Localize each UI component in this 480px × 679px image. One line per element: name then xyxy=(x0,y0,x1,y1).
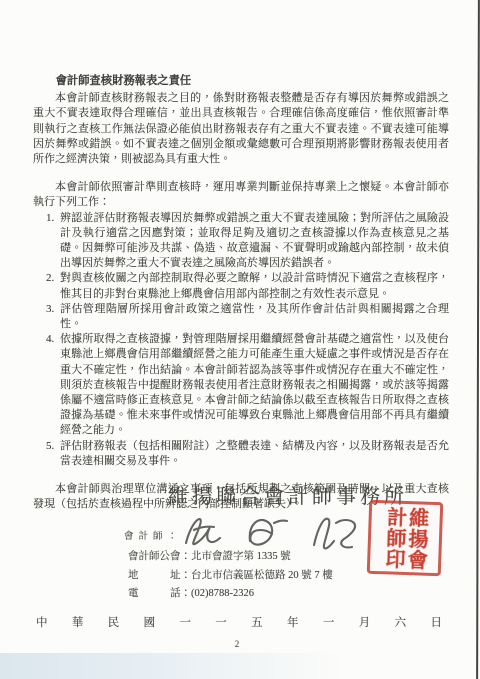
date-char: 月 xyxy=(359,614,371,630)
accountant-label: 會計師： xyxy=(124,528,182,542)
contact-value: (02)8788-2326 xyxy=(191,588,254,599)
seal-text-column: 計師印 xyxy=(383,506,405,570)
seal-text-column: 維揚會 xyxy=(405,507,427,571)
contact-block: 會計師公會：北市會證字第 1335 號 地 址：台北市信義區松德路 20 號 7… xyxy=(128,548,333,604)
scan-artifact-right-edge xyxy=(476,0,480,679)
work-item-text: 辨認並評估財務報表導因於舞弊或錯誤之重大不實表達風險；對所評估之風險設計及執行適… xyxy=(60,212,449,270)
date-char: 華 xyxy=(72,614,84,630)
work-item-number: 4. xyxy=(46,332,54,347)
report-body: 會計師查核財務報表之責任 本會計師查核財務報表之目的，係對財務報表整體是否存有導… xyxy=(33,74,449,512)
work-item-text: 依據所取得之查核證據，對管理階層採用繼續經營會計基礎之適當性，以及使台東縣池上鄉… xyxy=(60,333,449,436)
date-char: 一 xyxy=(179,614,191,630)
contact-label: 地 址： xyxy=(128,570,191,581)
work-item-1: 1. 辨認並評估財務報表導因於舞弊或錯誤之重大不實表達風險；對所評估之風險設計及… xyxy=(33,211,449,272)
contact-value: 北市會證字第 1335 號 xyxy=(191,551,291,562)
contact-value: 台北市信義區松德路 20 號 7 樓 xyxy=(191,570,333,581)
section-heading: 會計師查核財務報表之責任 xyxy=(33,74,449,89)
page-number: 2 xyxy=(0,639,474,649)
date-char: 五 xyxy=(251,614,263,630)
date-char: 國 xyxy=(144,614,156,630)
contact-association: 會計師公會：北市會證字第 1335 號 xyxy=(128,548,333,567)
work-item-text: 評估財務報表（包括相關附註）之整體表達、結構及內容，以及財務報表是否允當表達相關… xyxy=(60,440,449,467)
date-char: 一 xyxy=(323,614,335,630)
contact-label: 會計師公會： xyxy=(128,551,191,562)
work-item-number: 1. xyxy=(46,211,54,226)
work-item-number: 5. xyxy=(46,439,54,454)
date-char: 中 xyxy=(36,614,48,630)
work-items-list: 1. 辨認並評估財務報表導因於舞弊或錯誤之重大不實表達風險；對所評估之風險設計及… xyxy=(33,211,449,469)
contact-label: 電 話： xyxy=(128,588,191,599)
work-item-text: 評估管理階層所採用會計政策之適當性，及其所作會計估計與相關揭露之合理性。 xyxy=(60,303,449,330)
date-char: 六 xyxy=(395,614,407,630)
contact-phone: 電 話：(02)8788-2326 xyxy=(128,585,333,604)
work-item-5: 5. 評估財務報表（包括相關附註）之整體表達、結構及內容，以及財務報表是否允當表… xyxy=(33,439,449,469)
date-char: 日 xyxy=(430,614,442,630)
scanned-audit-report-page: 會計師查核財務報表之責任 本會計師查核財務報表之目的，係對財務報表整體是否存有導… xyxy=(0,0,480,679)
date-char: 一 xyxy=(215,614,227,630)
paragraph-professional-judgment: 本會計師依照審計準則查核時，運用專業判斷並保持專業上之懷疑。本會計師亦執行下列工… xyxy=(33,180,449,210)
date-char: 年 xyxy=(287,614,299,630)
work-item-2: 2. 對與查核攸關之內部控制取得必要之瞭解，以設計當時情況下適當之查核程序，惟其… xyxy=(33,271,449,301)
date-char: 民 xyxy=(108,614,120,630)
work-item-number: 2. xyxy=(46,271,54,286)
work-item-text: 對與查核攸關之內部控制取得必要之瞭解，以設計當時情況下適當之查核程序，惟其目的非… xyxy=(60,272,449,299)
work-item-3: 3. 評估管理階層所採用會計政策之適當性，及其所作會計估計與相關揭露之合理性。 xyxy=(33,302,449,332)
work-item-4: 4. 依據所取得之查核證據，對管理階層採用繼續經營會計基礎之適當性，以及使台東縣… xyxy=(33,332,449,438)
contact-address: 地 址：台北市信義區松德路 20 號 7 樓 xyxy=(128,567,333,586)
roc-date-line: 中 華 民 國 一 一 五 年 一 月 六 日 xyxy=(36,614,442,630)
work-item-number: 3. xyxy=(46,302,54,317)
scan-artifact-bottom-tint xyxy=(0,653,480,679)
accountant-red-seal: 維揚會 計師印 xyxy=(367,500,444,577)
paragraph-audit-objective: 本會計師查核財務報表之目的，係對財務報表整體是否存有導因於舞弊或錯誤之重大不實表… xyxy=(33,91,449,167)
